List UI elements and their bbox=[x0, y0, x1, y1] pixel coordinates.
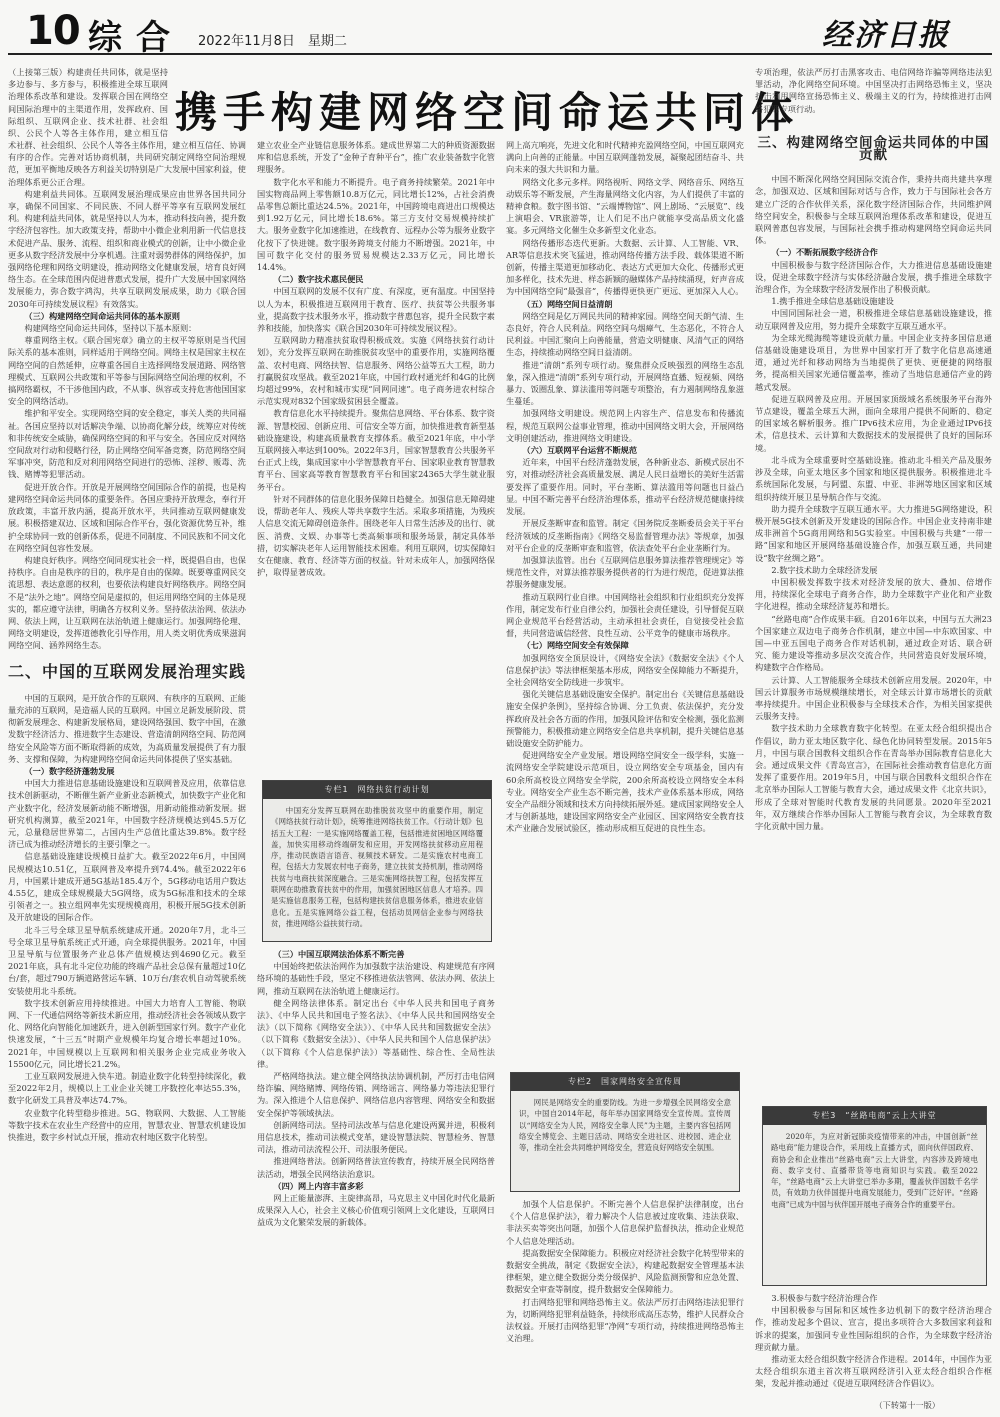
section-name: 综合 bbox=[88, 10, 184, 59]
sidebar-box-body: 2020年，为应对新冠肺炎疫情带来的冲击，中国创新“丝路电商”能力建设合作，采用… bbox=[763, 1125, 986, 1285]
paragraph: 推动互联网行业自律。中国网络社会组织和行业组织充分发挥作用，制定发布行业自律公约… bbox=[506, 591, 744, 640]
subheading: （四）网上内容丰富多彩 bbox=[257, 1180, 495, 1192]
paragraph: 创新网络司法。坚持司法改革与信息化建设两翼并进，积极利用信息技术，推动司法模式变… bbox=[257, 1119, 495, 1156]
paragraph: 中国同国际社会一道，积极推进全球信息基础设施建设，推动互联网普及应用，努力提升全… bbox=[755, 307, 992, 331]
column-4: 专项治理，依法严厉打击黑客攻击、电信网络诈骗等网络违法犯罪活动，净化网络空间环境… bbox=[755, 66, 992, 1101]
paragraph: 助力提升全球数字互联互通水平。大力推进5G网络建设，积极开展5G技术创新及开发建… bbox=[755, 503, 992, 564]
paragraph: 中国积极参与国际和区域性多边机制下的数字经济治理合作，推动发起多个倡议、宣言，提… bbox=[755, 1304, 992, 1353]
subheading-numbered: 3.积极参与数字经济治理合作 bbox=[755, 1292, 992, 1304]
subheading: （一）数字经济蓬勃发展 bbox=[8, 765, 246, 777]
paragraph: 构建网络空间命运共同体，坚持以下基本原则： bbox=[8, 322, 246, 334]
paragraph: 工业互联网发展进入快车道。制造业数字化转型持续深化，截至2022年2月，规模以上… bbox=[8, 1070, 246, 1107]
paragraph: 强化关键信息基础设施安全保护。制定出台《关键信息基础设施安全保护条例》，坚持综合… bbox=[506, 688, 744, 749]
subheading-numbered: 2.数字技术助力全球经济发展 bbox=[755, 564, 992, 576]
subheading: （七）网络空间安全有效保障 bbox=[506, 639, 744, 651]
masthead: 10 综合 2022年11月8日 星期二 经济日报 bbox=[0, 0, 1000, 56]
paragraph: 中国积极发挥数字技术对经济发展的放大、叠加、倍增作用，持续深化全球电子商务合作，… bbox=[755, 576, 992, 613]
paragraph: 促进网络安全产业发展。增设网络空间安全一级学科，实施一流网络安全学院建设示范项目… bbox=[506, 749, 744, 834]
subheading: （六）互联网平台运营不断规范 bbox=[506, 444, 744, 456]
subheading: （五）网络空间日益清朗 bbox=[506, 298, 744, 310]
subheading: （三）构建网络空间命运共同体的基本原则 bbox=[8, 310, 246, 322]
paragraph: 中国充分发挥互联网在助推脱贫攻坚中的重要作用，制定《网络扶贫行动计划》，统筹推进… bbox=[271, 805, 483, 929]
column-3-lower: 加强个人信息保护。不断完善个人信息保护法律制度，出台《个人信息保护法》，着力解决… bbox=[506, 1198, 744, 1410]
headline: 携手构建网络空间命运共同体 bbox=[175, 80, 655, 140]
paragraph: 提高数据安全保障能力。积极应对经济社会数字化转型带来的数据安全挑战，制定《数据安… bbox=[506, 1247, 744, 1296]
section-heading-2: 二、中国的互联网发展治理实践 bbox=[8, 666, 246, 678]
paragraph: 加强网络文明建设。规范网上内容生产、信息发布和传播流程，规范互联网公益事业管理，… bbox=[506, 407, 744, 444]
paragraph: 2020年，为应对新冠肺炎疫情带来的冲击，中国创新“丝路电商”能力建设合作，采用… bbox=[771, 1131, 978, 1210]
publication-date: 2022年11月8日 星期二 bbox=[198, 30, 347, 49]
paragraph: 中国的互联网，是开放合作的互联网、有秩序的互联网、正能量充沛的互联网，是造福人民… bbox=[8, 692, 246, 765]
paragraph: 针对不同群体的信息化服务保障日趋健全。加强信息无障碍建设，帮助老年人、残疾人等共… bbox=[257, 493, 495, 578]
paragraph: 推进“清朗”系列专项行动。聚焦群众反映强烈的网络生态乱象，深入推进“清朗”系列专… bbox=[506, 359, 744, 408]
section-heading-3: 三、构建网络空间命运共同体的中国贡献 bbox=[755, 137, 992, 161]
paragraph: 加强网络安全顶层设计，《网络安全法》《数据安全法》《个人信息保护法》等法律框架基… bbox=[506, 652, 744, 689]
paragraph: 加强算法监管。出台《互联网信息服务算法推荐管理规定》等规范性文件，对算法推荐服务… bbox=[506, 554, 744, 591]
paragraph: 网络空间是亿万网民共同的精神家园。网络空间天朗气清、生态良好，符合人民利益。网络… bbox=[506, 310, 744, 359]
paragraph: 网上正能量澎湃、主旋律高昂，马克思主义中国化时代化最新成果深入人心，社会主义核心… bbox=[257, 1192, 495, 1229]
paragraph: 构建良好秩序。网络空间同现实社会一样，既提倡自由，也保持秩序。自由是秩序的目的，… bbox=[8, 554, 246, 652]
continued-note: （下转第十一版） bbox=[874, 1400, 940, 1411]
paragraph: 网上高亢响亮，先进文化和时代精神充盈网络空间，中国互联网充满向上向善的正能量。中… bbox=[506, 139, 744, 176]
column-4-lower: 3.积极参与数字经济治理合作 中国积极参与国际和区域性多边机制下的数字经济治理合… bbox=[755, 1292, 992, 1400]
paragraph: 维护和平安全。实现网络空间的安全稳定，事关人类的共同福祉。各国应坚持以对话解决争… bbox=[8, 407, 246, 480]
paragraph: 开展反垄断审查和监管。制定《国务院反垄断委员会关于平台经济领域的反垄断指南》《网… bbox=[506, 517, 744, 554]
paragraph: 农业数字化转型稳步推进。5G、物联网、大数据、人工智能等数字技术在农业生产经营中… bbox=[8, 1107, 246, 1144]
paragraph: 网络文化多元多样。网络视听、网络文学、网络音乐、网络互动娱乐等不断发展，产生海量… bbox=[506, 176, 744, 237]
paragraph-intro-top: （上接第三版）构建责任共同体，就是坚持多边参与、多方参与，积极推进全球互联网治理… bbox=[8, 66, 168, 141]
paragraph: 促进开放合作。开放是开展网络空间国际合作的前提，也是构建网络空间命运共同体的重要… bbox=[8, 481, 246, 554]
paragraph-intro-rest: 术社群、社会组织、公民个人等各主体作用，建立相互信任、协调有序的合作。完善对话协… bbox=[8, 139, 246, 188]
paragraph: 为全球光缆海缆等建设贡献力量。中国企业支持多国信息通信基础设施建设项目，为世界中… bbox=[755, 332, 992, 393]
paragraph: “丝路电商”合作成果丰硕。自2016年以来，中国与五大洲23个国家建立双边电子商… bbox=[755, 613, 992, 674]
subheading: （三）中国互联网法治体系不断完善 bbox=[257, 948, 495, 960]
paragraph: 严格网络执法。建立健全网络执法协调机制，严厉打击电信网络诈骗、网络赌博、网络传销… bbox=[257, 1070, 495, 1119]
sidebar-box-title: 专栏3 “丝路电商”云上大讲堂 bbox=[763, 1107, 986, 1125]
sidebar-box-body: 网民是网络安全的重要防线。为进一步增强全民网络安全意识，中国自2014年起，每年… bbox=[511, 1091, 739, 1191]
paragraph: 中国不断深化网络空间国际交流合作，秉持共商共建共享理念，加强双边、区域和国际对话… bbox=[755, 173, 992, 246]
newspaper-logo: 经济日报 bbox=[822, 10, 950, 54]
paragraph: 数字技术创新应用持续推进。中国大力培育人工智能、物联网、下一代通信网络等新技术新… bbox=[8, 997, 246, 1070]
subheading: （二）数字技术惠民便民 bbox=[257, 273, 495, 285]
sidebar-box-title: 专栏1 网络扶贫行动计划 bbox=[263, 781, 491, 799]
column-2: 建立农业全产业链信息服务体系。建成世界第二大的种质资源数据库和信息系统，开发了“… bbox=[257, 139, 495, 775]
paragraph: 建立农业全产业链信息服务体系。建成世界第二大的种质资源数据库和信息系统，开发了“… bbox=[257, 139, 495, 176]
sidebar-box-1: 专栏1 网络扶贫行动计划 中国充分发挥互联网在助推脱贫攻坚中的重要作用，制定《网… bbox=[262, 780, 492, 942]
paragraph: 网民是网络安全的重要防线。为进一步增强全民网络安全意识，中国自2014年起，每年… bbox=[519, 1097, 731, 1153]
paragraph: 中国始终把依法治网作为加强数字法治建设、构建规范有序网络环境的基础性手段，坚定不… bbox=[257, 960, 495, 997]
paragraph: 健全网络法律体系。制定出台《中华人民共和国电子商务法》、《中华人民共和国电子签名… bbox=[257, 997, 495, 1070]
paragraph: 专项治理，依法严厉打击黑客攻击、电信网络诈骗等网络违法犯罪活动，净化网络空间环境… bbox=[755, 66, 992, 115]
column-3: 网上高亢响亮，先进文化和时代精神充盈网络空间，中国互联网充满向上向善的正能量。中… bbox=[506, 139, 744, 1069]
paragraph: 中国互联网的发展不仅有广度、有深度，更有温度。中国坚持以人为本，积极推进互联网用… bbox=[257, 285, 495, 334]
paragraph: 近年来，中国平台经济蓬勃发展，各种新业态、新模式层出不穷，对推动经济社会高质量发… bbox=[506, 456, 744, 517]
paragraph: 加强个人信息保护。不断完善个人信息保护法律制度，出台《个人信息保护法》，着力解决… bbox=[506, 1198, 744, 1247]
sidebar-box-title: 专栏2 国家网络安全宣传周 bbox=[511, 1073, 739, 1091]
paragraph: 推动亚太经合组织数字经济合作进程。2014年，中国作为亚太经合组织东道主首次将互… bbox=[755, 1353, 992, 1390]
column-1-top: （上接第三版）构建责任共同体，就是坚持多边参与、多方参与，积极推进全球互联网治理… bbox=[8, 66, 168, 141]
sidebar-box-3: 专栏3 “丝路电商”云上大讲堂 2020年，为应对新冠肺炎疫情带来的冲击，中国创… bbox=[762, 1106, 987, 1286]
paragraph: 数字化水平和能力不断提升。电子商务持续繁荣。2021年中国实物商品网上零售额10… bbox=[257, 176, 495, 274]
page-number: 10 bbox=[26, 8, 80, 54]
subheading: （一）不断拓展数字经济合作 bbox=[755, 246, 992, 258]
paragraph: 网络传播形态迭代更新。大数据、云计算、人工智能、VR、AR等信息技术突飞猛进，推… bbox=[506, 237, 744, 298]
paragraph: 构建利益共同体。互联网发展治理成果应由世界各国共同分享，确保不同国家、不同民族、… bbox=[8, 188, 246, 310]
paragraph: 尊重网络主权。《联合国宪章》确立的主权平等原则是当代国际关系的基本准则，同样适用… bbox=[8, 334, 246, 407]
column-1-body: 术社群、社会组织、公民个人等各主体作用，建立相互信任、协调有序的合作。完善对话协… bbox=[8, 139, 246, 1409]
paragraph: 教育信息化水平持续提升。聚焦信息网络、平台体系、数字资源、智慧校园、创新应用、可… bbox=[257, 407, 495, 492]
paragraph: 北斗成为全球重要时空基础设施。推动北斗相关产品及服务涉及全球，向亚太地区多个国家… bbox=[755, 454, 992, 503]
paragraph: 中国大力推进信息基础设施建设和互联网普及应用，依靠信息技术创新驱动，不断催生新产… bbox=[8, 777, 246, 850]
paragraph: 互联网助力精准扶贫取得积极成效。实施《网络扶贫行动计划》，充分发挥互联网在助推脱… bbox=[257, 334, 495, 407]
sidebar-box-body: 中国充分发挥互联网在助推脱贫攻坚中的重要作用，制定《网络扶贫行动计划》，统筹推进… bbox=[263, 799, 491, 941]
subheading-numbered: 1.携手推进全球信息基础设施建设 bbox=[755, 295, 992, 307]
masthead-rule bbox=[8, 53, 992, 55]
paragraph: 北斗三号全球卫星导航系统建成开通。2020年7月，北斗三号全球卫星导航系统正式开… bbox=[8, 924, 246, 997]
paragraph: 促进互联网普及应用。开展国家顶级域名系统服务平台海外节点建设，覆盖全球五大洲，面… bbox=[755, 393, 992, 454]
paragraph: 数字技术助力全球教育数字化转型。在亚太经合组织提出合作倡议，助力亚太地区数字化、… bbox=[755, 722, 992, 832]
paragraph: 推进网络普法。创新网络普法宣传教育，持续开展全民网络普法活动，增强全民网络法治意… bbox=[257, 1155, 495, 1179]
sidebar-box-2: 专栏2 国家网络安全宣传周 网民是网络安全的重要防线。为进一步增强全民网络安全意… bbox=[510, 1072, 740, 1192]
paragraph: 信息基础设施建设规模日益扩大。截至2022年6月，中国网民规模达10.51亿，互… bbox=[8, 850, 246, 923]
paragraph: 打击网络犯罪和网络恐怖主义。依法严厉打击网络违法犯罪行为，切断网络犯罪利益链条，… bbox=[506, 1296, 744, 1345]
paragraph: 中国积极参与数字经济国际合作，大力推进信息基础设施建设，促进全球数字经济与实体经… bbox=[755, 259, 992, 296]
column-2-lower: （三）中国互联网法治体系不断完善 中国始终把依法治网作为加强数字法治建设、构建规… bbox=[257, 948, 495, 1410]
paragraph: 云计算、人工智能服务全球技术创新应用发展。2020年，中国云计算服务市场规模继续… bbox=[755, 674, 992, 723]
